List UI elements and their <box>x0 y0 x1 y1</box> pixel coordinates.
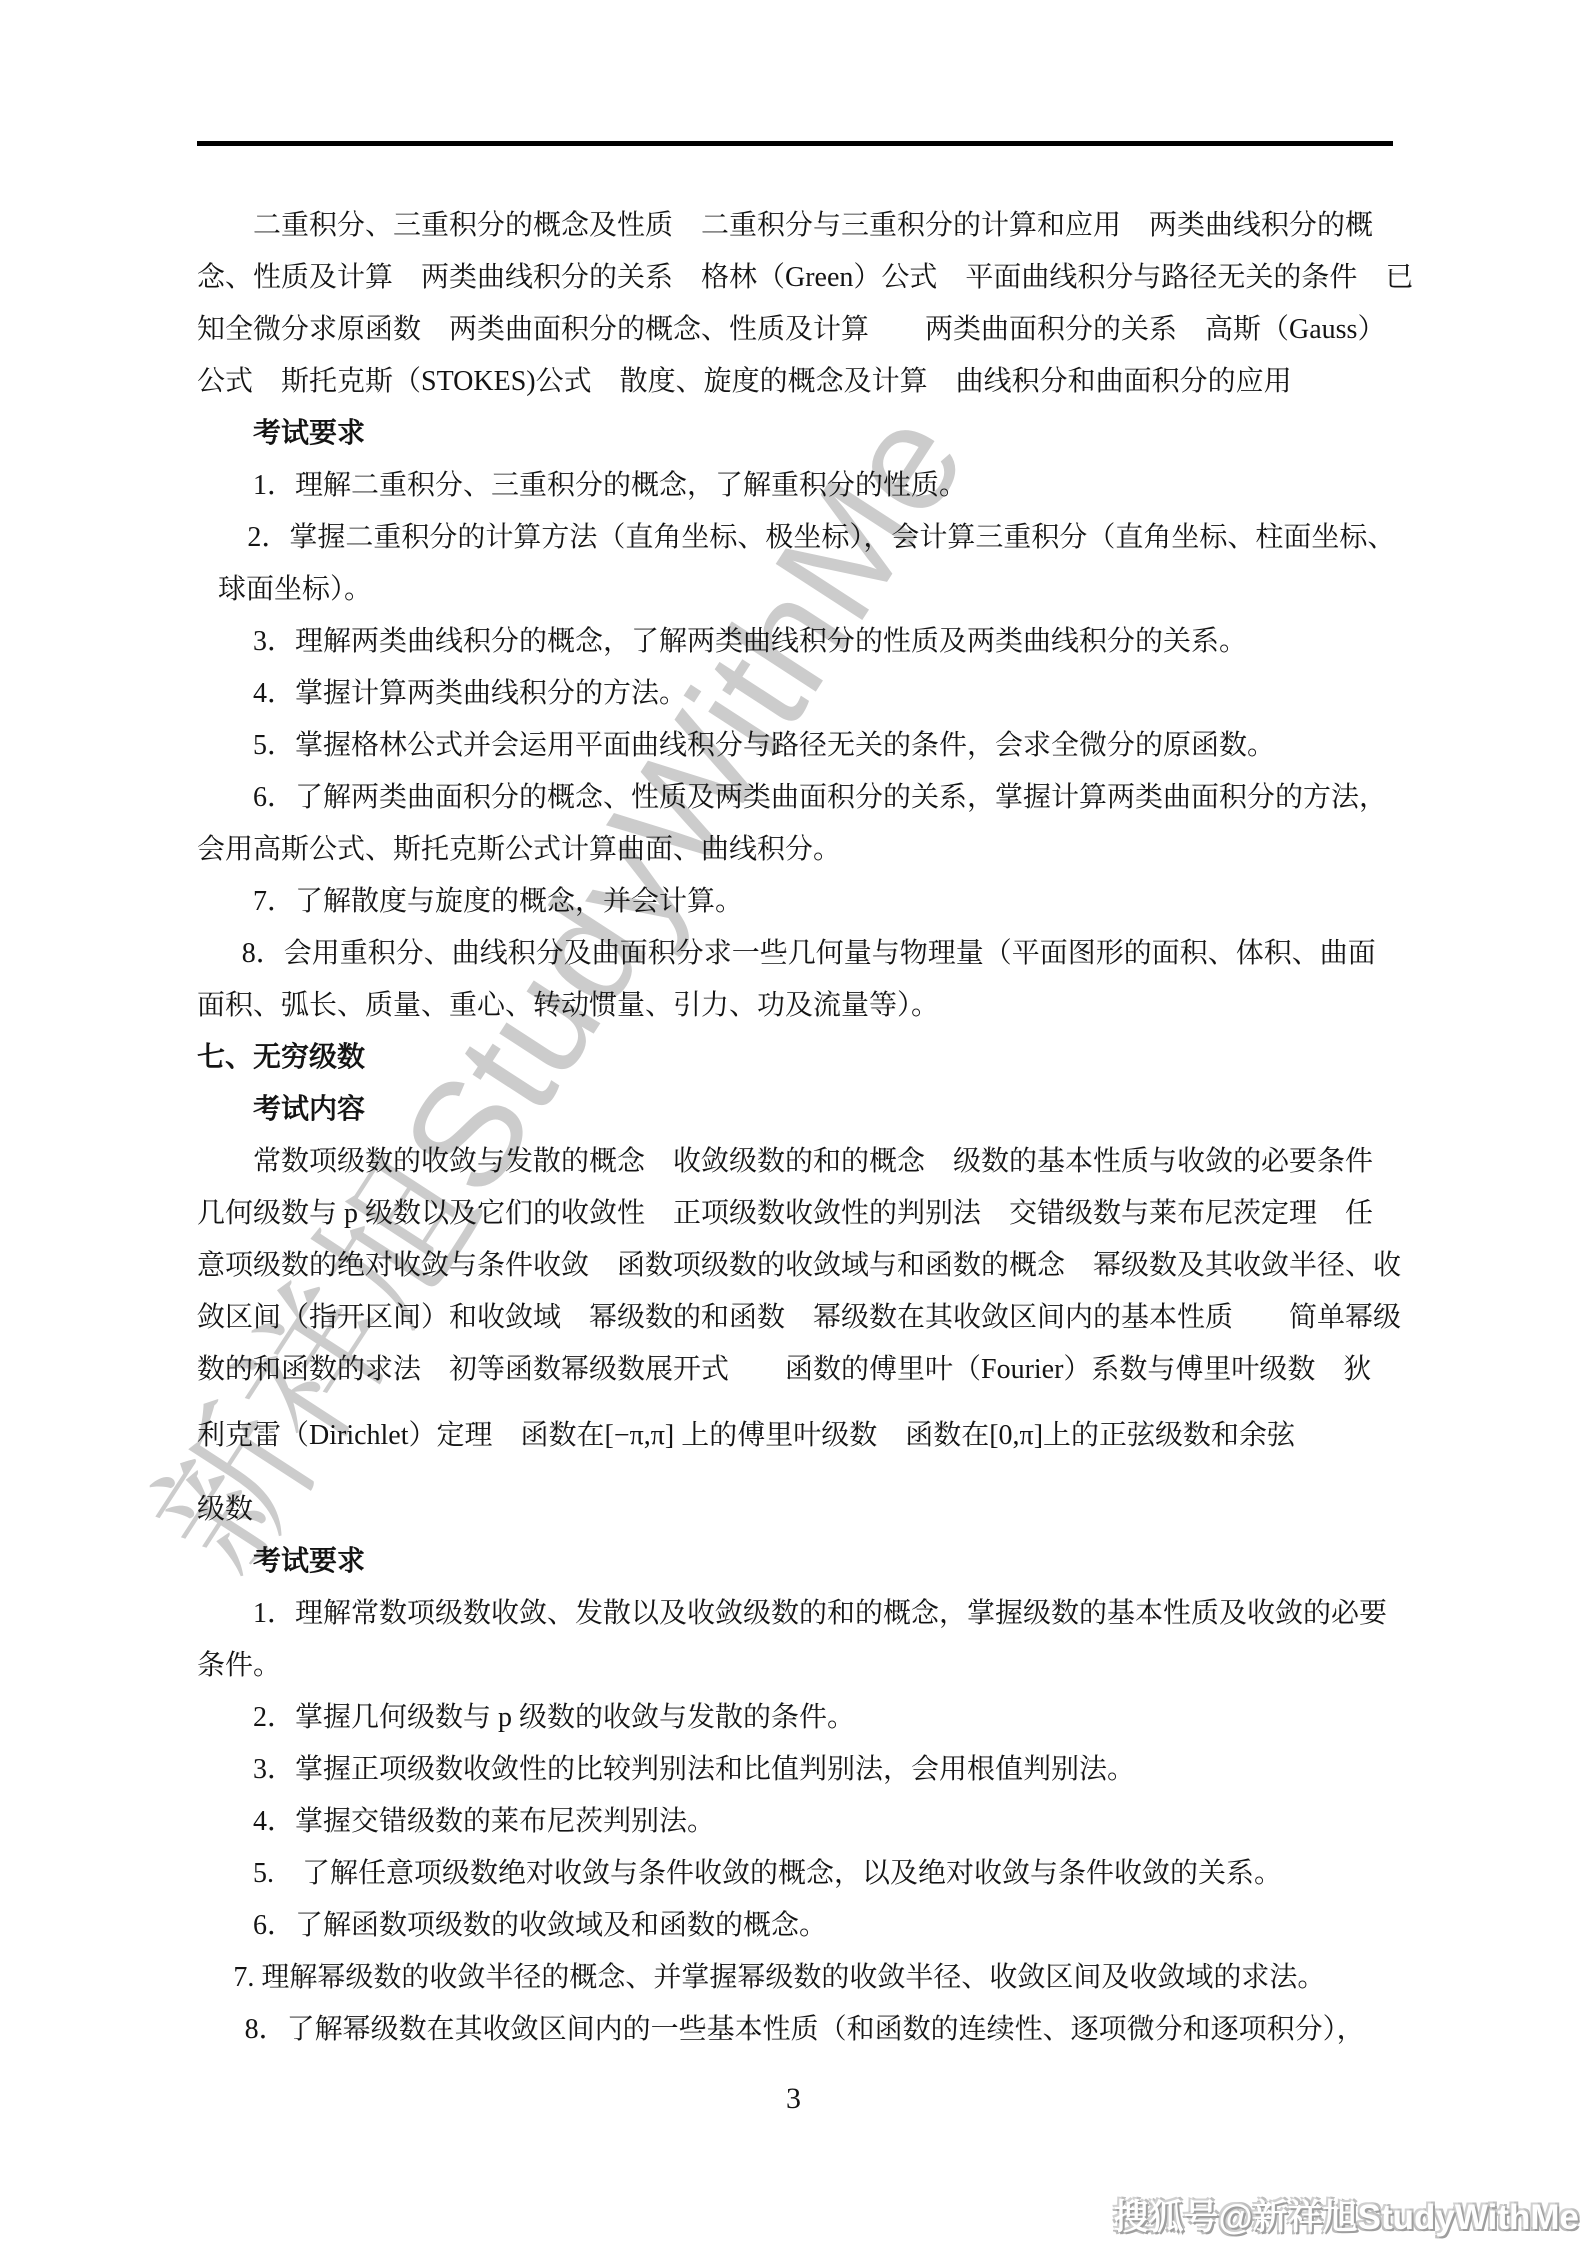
document-page: 新祥旭StudyWithMe 二重积分、三重积分的概念及性质 二重积分与三重积分… <box>0 0 1587 2245</box>
text-line: 2．掌握几何级数与 p 级数的收敛与发散的条件。 <box>197 1692 1407 1744</box>
text-line: 6．了解两类曲面积分的概念、性质及两类曲面积分的关系，掌握计算两类曲面积分的方法… <box>197 772 1407 824</box>
text-line: 球面坐标）。 <box>197 564 1407 616</box>
heading-line: 考试要求 <box>197 1536 1407 1588</box>
text-line: 级数 <box>197 1484 1407 1536</box>
text-line: 1．理解二重积分、三重积分的概念，了解重积分的性质。 <box>197 460 1407 512</box>
text-line: 3．理解两类曲线积分的概念，了解两类曲线积分的性质及两类曲线积分的关系。 <box>197 616 1407 668</box>
text-line: 1．理解常数项级数收敛、发散以及收敛级数的和的概念，掌握级数的基本性质及收敛的必… <box>197 1588 1407 1640</box>
text-line: 4．掌握交错级数的莱布尼茨判别法。 <box>197 1796 1407 1848</box>
text-line: 几何级数与 p 级数以及它们的收敛性 正项级数收敛性的判别法 交错级数与莱布尼茨… <box>197 1188 1407 1240</box>
text-line: 3．掌握正项级数收敛性的比较判别法和比值判别法，会用根值判别法。 <box>197 1744 1407 1796</box>
text-flow: 二重积分、三重积分的概念及性质 二重积分与三重积分的计算和应用 两类曲线积分的概… <box>197 200 1407 2056</box>
text-line: 数的和函数的求法 初等函数幂级数展开式 函数的傅里叶（Fourier）系数与傅里… <box>197 1344 1407 1396</box>
text-line: 2．掌握二重积分的计算方法（直角坐标、极坐标），会计算三重积分（直角坐标、柱面坐… <box>197 512 1407 564</box>
text-line: 公式 斯托克斯（STOKES)公式 散度、旋度的概念及计算 曲线积分和曲面积分的… <box>197 356 1407 408</box>
text-line: 6．了解函数项级数的收敛域及和函数的概念。 <box>197 1900 1407 1952</box>
text-line: 4．掌握计算两类曲线积分的方法。 <box>197 668 1407 720</box>
text-line: 条件。 <box>197 1640 1407 1692</box>
text-line: 8．会用重积分、曲线积分及曲面积分求一些几何量与物理量（平面图形的面积、体积、曲… <box>197 928 1407 980</box>
text-line: 二重积分、三重积分的概念及性质 二重积分与三重积分的计算和应用 两类曲线积分的概 <box>197 200 1407 252</box>
text-line: 面积、弧长、质量、重心、转动惯量、引力、功及流量等）。 <box>197 980 1407 1032</box>
text-line: 利克雷（Dirichlet）定理 函数在[−π,π] 上的傅里叶级数 函数在[0… <box>197 1410 1407 1462</box>
text-line: 敛区间（指开区间）和收敛域 幂级数的和函数 幂级数在其收敛区间内的基本性质 简单… <box>197 1292 1407 1344</box>
heading-line: 考试内容 <box>197 1084 1407 1136</box>
text-line: 念、性质及计算 两类曲线积分的关系 格林（Green）公式 平面曲线积分与路径无… <box>197 252 1407 304</box>
footer-watermark: 搜狐号@新祥旭StudyWithMe <box>1114 2190 1579 2240</box>
page-number: 3 <box>0 2082 1587 2116</box>
heading-line: 考试要求 <box>197 408 1407 460</box>
text-line: 意项级数的绝对收敛与条件收敛 函数项级数的收敛域与和函数的概念 幂级数及其收敛半… <box>197 1240 1407 1292</box>
heading-line: 七、无穷级数 <box>197 1032 1407 1084</box>
text-line: 8．了解幂级数在其收敛区间内的一些基本性质（和函数的连续性、逐项微分和逐项积分）… <box>197 2004 1407 2056</box>
text-line: 7. 理解幂级数的收敛半径的概念、并掌握幂级数的收敛半径、收敛区间及收敛域的求法… <box>197 1952 1407 2004</box>
text-line: 7．了解散度与旋度的概念，并会计算。 <box>197 876 1407 928</box>
text-line: 5．掌握格林公式并会运用平面曲线积分与路径无关的条件，会求全微分的原函数。 <box>197 720 1407 772</box>
text-line: 会用高斯公式、斯托克斯公式计算曲面、曲线积分。 <box>197 824 1407 876</box>
header-rule <box>197 141 1393 146</box>
text-line: 知全微分求原函数 两类曲面积分的概念、性质及计算 两类曲面积分的关系 高斯（Ga… <box>197 304 1407 356</box>
text-line: 5. 了解任意项级数绝对收敛与条件收敛的概念，以及绝对收敛与条件收敛的关系。 <box>197 1848 1407 1900</box>
text-line: 常数项级数的收敛与发散的概念 收敛级数的和的概念 级数的基本性质与收敛的必要条件 <box>197 1136 1407 1188</box>
